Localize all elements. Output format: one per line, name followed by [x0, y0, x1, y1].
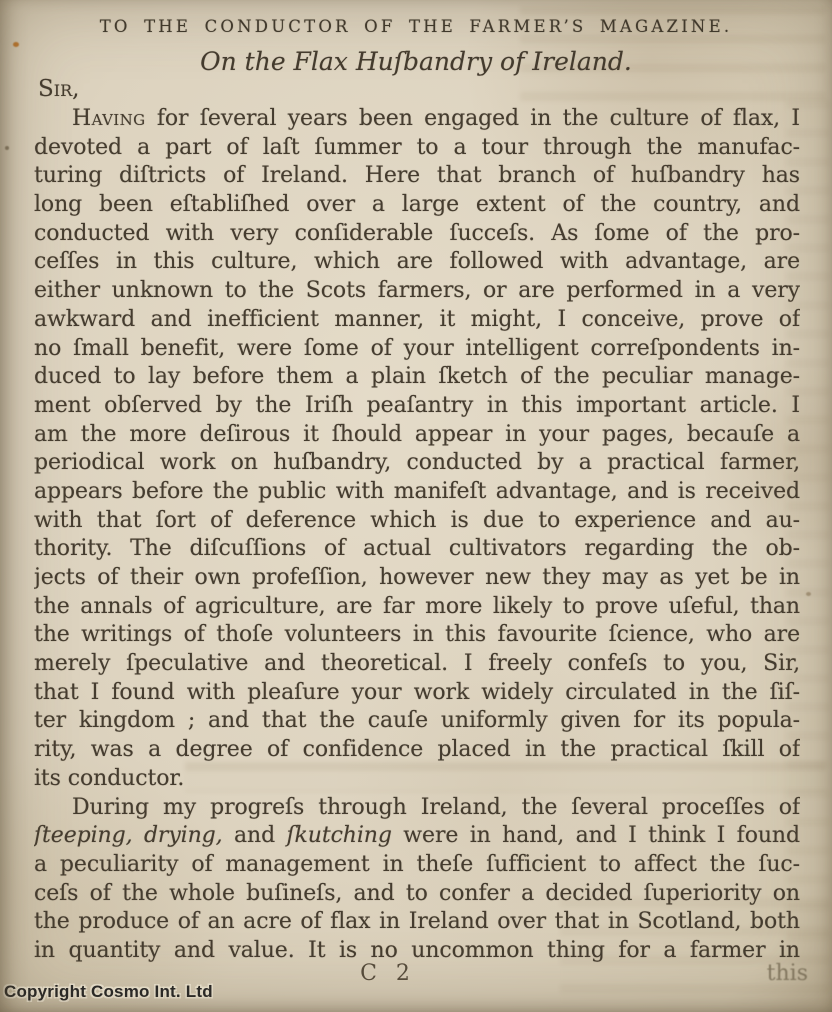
text-segment: and — [234, 823, 287, 848]
text-segment: a peculiarity of management in theſe ſuf… — [34, 852, 800, 877]
text-line: ter kingdom ; and that the cauſe uniform… — [34, 707, 800, 736]
text-segment: with that ſort of deference which is due… — [34, 508, 800, 533]
text-line: am the more deſirous it ſhould appear in… — [34, 421, 800, 450]
text-line: ceſs of the whole buſineſs, and to confe… — [34, 880, 800, 909]
text-line: duced to lay before them a plain ſketch … — [34, 363, 800, 392]
text-line: ment obſerved by the Iriſh peaſantry in … — [34, 392, 800, 421]
text-segment: in quantity and value. It is no uncommon… — [34, 938, 800, 963]
text-segment: were in hand, and I think I found — [392, 823, 800, 848]
text-segment: thority. The diſcuſſions of actual culti… — [34, 536, 800, 561]
text-segment: appears before the public with manifeſt … — [34, 479, 800, 504]
text-segment: drying, — [144, 823, 234, 848]
catchword: this — [767, 961, 808, 986]
text-line: turing diſtricts of Ireland. Here that b… — [34, 162, 800, 191]
text-line: appears before the public with manifeſt … — [34, 478, 800, 507]
text-line: its conductor. — [34, 765, 800, 794]
text-segment: ſkutching — [287, 823, 392, 848]
text-segment: ſteeping, — [34, 823, 144, 848]
text-segment: turing diſtricts of Ireland. Here that b… — [34, 163, 800, 188]
text-segment: the produce of an acre of flax in Irelan… — [34, 909, 800, 934]
text-segment: the writings of thoſe volunteers in this… — [34, 622, 800, 647]
text-line: periodical work on huſbandry, conducted … — [34, 449, 800, 478]
text-line: During my progreſs through Ireland, the … — [34, 794, 800, 823]
text-line: thority. The diſcuſſions of actual culti… — [34, 535, 800, 564]
article-body: Having for ſeveral years been engaged in… — [34, 105, 800, 966]
text-segment: the annals of agriculture, are far more … — [34, 594, 800, 619]
text-segment: Having — [72, 106, 146, 131]
text-line: the writings of thoſe volunteers in this… — [34, 621, 800, 650]
scanned-page: TO THE CONDUCTOR OF THE FARMER’S MAGAZIN… — [0, 0, 832, 1012]
text-segment: ceſſes in this culture, which are follow… — [34, 249, 800, 274]
text-line: a peculiarity of management in theſe ſuf… — [34, 851, 800, 880]
text-segment: that I found with pleaſure your work wid… — [34, 680, 800, 705]
text-line: with that ſort of deference which is due… — [34, 507, 800, 536]
text-segment: ceſs of the whole buſineſs, and to confe… — [34, 881, 800, 906]
text-segment: no ſmall benefit, were ſome of your inte… — [34, 336, 800, 361]
text-segment: merely ſpeculative and theoretical. I fr… — [34, 651, 800, 676]
text-line: conducted with very conſiderable ſucceſs… — [34, 220, 800, 249]
text-segment: During my progreſs through Ireland, the … — [72, 795, 800, 820]
foxing-speck — [806, 592, 811, 596]
text-segment: periodical work on huſbandry, conducted … — [34, 450, 800, 475]
text-segment: rity, was a degree of confidence placed … — [34, 737, 800, 762]
text-line: the annals of agriculture, are far more … — [34, 593, 800, 622]
copyright-watermark: Copyright Cosmo Int. Ltd — [4, 982, 213, 1002]
text-line: ſteeping, drying, and ſkutching were in … — [34, 822, 800, 851]
page-header: TO THE CONDUCTOR OF THE FARMER’S MAGAZIN… — [0, 17, 832, 36]
text-line: the produce of an acre of flax in Irelan… — [34, 908, 800, 937]
text-line: merely ſpeculative and theoretical. I fr… — [34, 650, 800, 679]
text-segment: either unknown to the Scots farmers, or … — [34, 278, 800, 303]
text-segment: duced to lay before them a plain ſketch … — [34, 364, 800, 389]
text-segment: ter kingdom ; and that the cauſe uniform… — [34, 708, 800, 733]
text-segment: ment obſerved by the Iriſh peaſantry in … — [34, 393, 800, 418]
text-segment: long been eſtabliſhed over a large exten… — [34, 192, 800, 217]
text-segment: awkward and inefficient manner, it might… — [34, 307, 800, 332]
text-line: jects of their own profeſſion, however n… — [34, 564, 800, 593]
text-line: long been eſtabliſhed over a large exten… — [34, 191, 800, 220]
text-segment: its conductor. — [34, 766, 184, 791]
text-line: that I found with pleaſure your work wid… — [34, 679, 800, 708]
text-segment: devoted a part of laſt ſummer to a tour … — [34, 135, 800, 160]
text-line: no ſmall benefit, were ſome of your inte… — [34, 335, 800, 364]
text-line: devoted a part of laſt ſummer to a tour … — [34, 134, 800, 163]
article-title: On the Flax Huſbandry of Ireland. — [0, 47, 832, 76]
text-line: either unknown to the Scots farmers, or … — [34, 277, 800, 306]
text-line: ceſſes in this culture, which are follow… — [34, 248, 800, 277]
salutation: Sir, — [38, 76, 79, 102]
foxing-speck — [5, 146, 9, 150]
text-line: Having for ſeveral years been engaged in… — [34, 105, 800, 134]
text-segment: conducted with very conſiderable ſucceſs… — [34, 221, 800, 246]
text-segment: jects of their own profeſſion, however n… — [34, 565, 800, 590]
text-segment: for ſeveral years been engaged in the cu… — [146, 106, 800, 131]
text-segment: am the more deſirous it ſhould appear in… — [34, 422, 800, 447]
text-line: rity, was a degree of confidence placed … — [34, 736, 800, 765]
text-line: awkward and inefficient manner, it might… — [34, 306, 800, 335]
